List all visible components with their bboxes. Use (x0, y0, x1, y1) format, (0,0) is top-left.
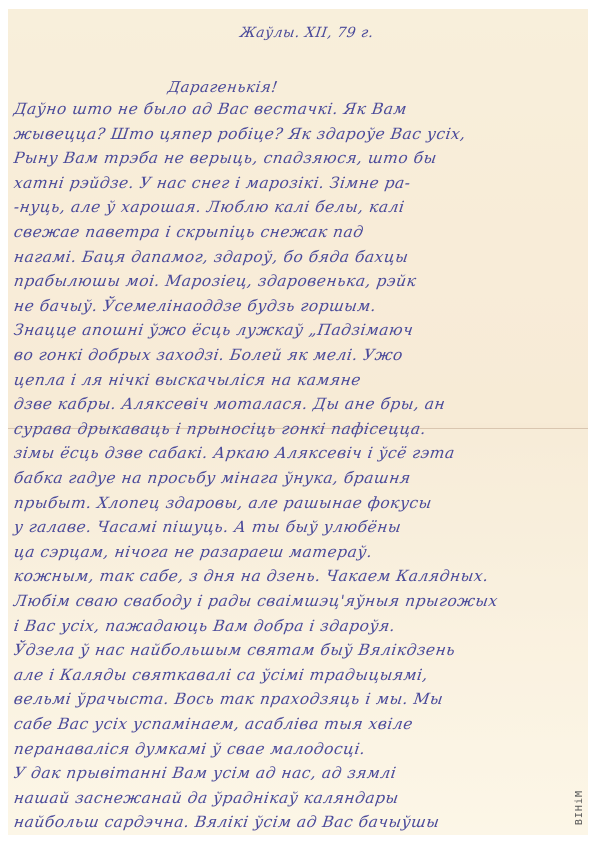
letter-dateline: Жаўлы. XII, 79 г. (239, 25, 375, 41)
letter-line: у галаве. Часамі пішуць. А ты быў улюбён… (13, 518, 403, 536)
letter-line: Знацце апошні ўжо ёсць лужкаў „Падзімаюч (13, 321, 415, 339)
letter-line: не бачыў. Ўсемелінаоддзе будзь горшым. (13, 297, 378, 315)
letter-page: Жаўлы. XII, 79 г. Дарагенькія! Даўно што… (8, 9, 588, 835)
letter-line: -нуць, але ў харошая. Люблю калі белы, к… (13, 198, 406, 216)
letter-line: нагамі. Баця дапамог, здароў, бо бяда ба… (13, 248, 410, 266)
paper-upper-half (8, 9, 588, 428)
letter-line: вельмі ўрачыста. Вось так праходзяць і м… (13, 690, 445, 708)
letter-line: найбольш сардэчна. Вялікі ўсім ад Вас ба… (13, 813, 441, 831)
letter-line: бабка гадуе на просьбу мінага ўнука, бра… (13, 469, 412, 487)
letter-line: У дак прывітанні Вам усім ад нас, ад зям… (13, 764, 398, 782)
letter-line: прыбыт. Хлопец здаровы, але рашынае фоку… (13, 494, 433, 512)
letter-line: Ўдзела ў нас найбольшым святам быў Вялік… (13, 641, 457, 659)
letter-line: перанаваліся думкамі ў свае малодосці. (13, 740, 367, 758)
letter-salutation: Дарагенькія! (167, 78, 279, 96)
letter-line: Любім сваю свабоду і рады сваімшэц'яўныя… (13, 592, 499, 610)
letter-line: жывецца? Што цяпер робіце? Як здароўе Ва… (13, 125, 467, 143)
letter-line: во гонкі добрых заходзі. Болей як мелі. … (13, 346, 404, 364)
archive-watermark: BIHiM (574, 790, 585, 825)
letter-line: цепла і ля нічкі выскачыліся на камяне (13, 371, 363, 389)
letter-line: хатні рэйдзе. У нас снег і марозікі. Зім… (13, 174, 412, 192)
letter-line: кожным, так сабе, з дня на дзень. Чакаем… (13, 567, 490, 585)
letter-line: і Вас усіх, пажадаюць Вам добра і здароў… (13, 617, 397, 635)
letter-line: сурава дрыкаваць і прыносіць гонкі пафіс… (13, 420, 428, 438)
letter-line: зімы ёсць дзве сабакі. Аркаю Аляксевіч і… (13, 444, 456, 462)
letter-line: але і Каляды святкавалі са ўсімі традыцы… (13, 666, 430, 684)
letter-line: нашай заснежанай да ўраднікаў каляндары (13, 789, 400, 807)
letter-line: дзве кабры. Аляксевіч моталася. Ды ане б… (13, 395, 447, 413)
letter-line: ца сэрцам, нічога не разараеш матераў. (13, 543, 374, 561)
letter-line: Рыну Вам трэба не верыць, спадзяюся, што… (13, 149, 438, 167)
letter-line: свежае паветра і скрыпіць снежак пад (13, 223, 365, 241)
letter-line: Даўно што не было ад Вас вестачкі. Як Ва… (13, 100, 408, 118)
letter-line: прабылюшы моі. Марозіец, здаровенька, рэ… (13, 272, 418, 290)
letter-line: сабе Вас усіх успамінаем, асабліва тыя х… (13, 715, 414, 733)
